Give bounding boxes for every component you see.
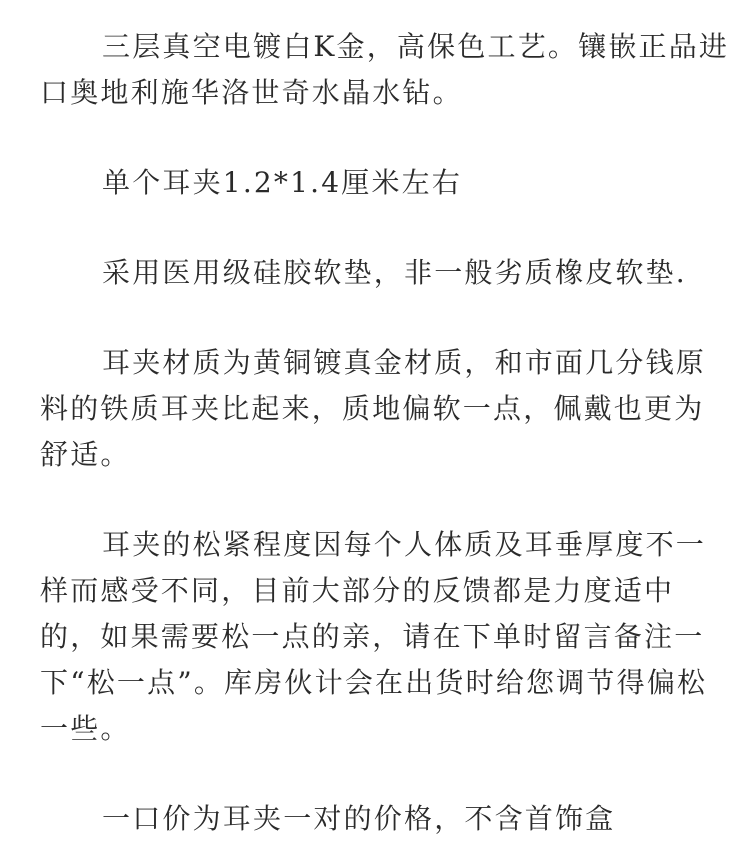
paragraph-price: 一口价为耳夹一对的价格，不含首饰盒 (40, 796, 730, 842)
paragraph-plating: 三层真空电镀白K金，高保色工艺。镶嵌正品进口奥地利施华洛世奇水晶水钻。 (40, 24, 730, 116)
paragraph-spacer (40, 296, 730, 340)
paragraph-spacer (40, 478, 730, 522)
paragraph-spacer (40, 206, 730, 250)
paragraph-material: 耳夹材质为黄铜镀真金材质，和市面几分钱原料的铁质耳夹比起来，质地偏软一点，佩戴也… (40, 340, 730, 478)
product-description: 三层真空电镀白K金，高保色工艺。镶嵌正品进口奥地利施华洛世奇水晶水钻。 单个耳夹… (40, 24, 730, 842)
paragraph-spacer (40, 116, 730, 160)
paragraph-tightness: 耳夹的松紧程度因每个人体质及耳垂厚度不一样而感受不同，目前大部分的反馈都是力度适… (40, 522, 730, 752)
paragraph-size: 单个耳夹1.2*1.4厘米左右 (40, 160, 730, 206)
paragraph-pad: 采用医用级硅胶软垫，非一般劣质橡皮软垫. (40, 250, 730, 296)
paragraph-spacer (40, 752, 730, 796)
